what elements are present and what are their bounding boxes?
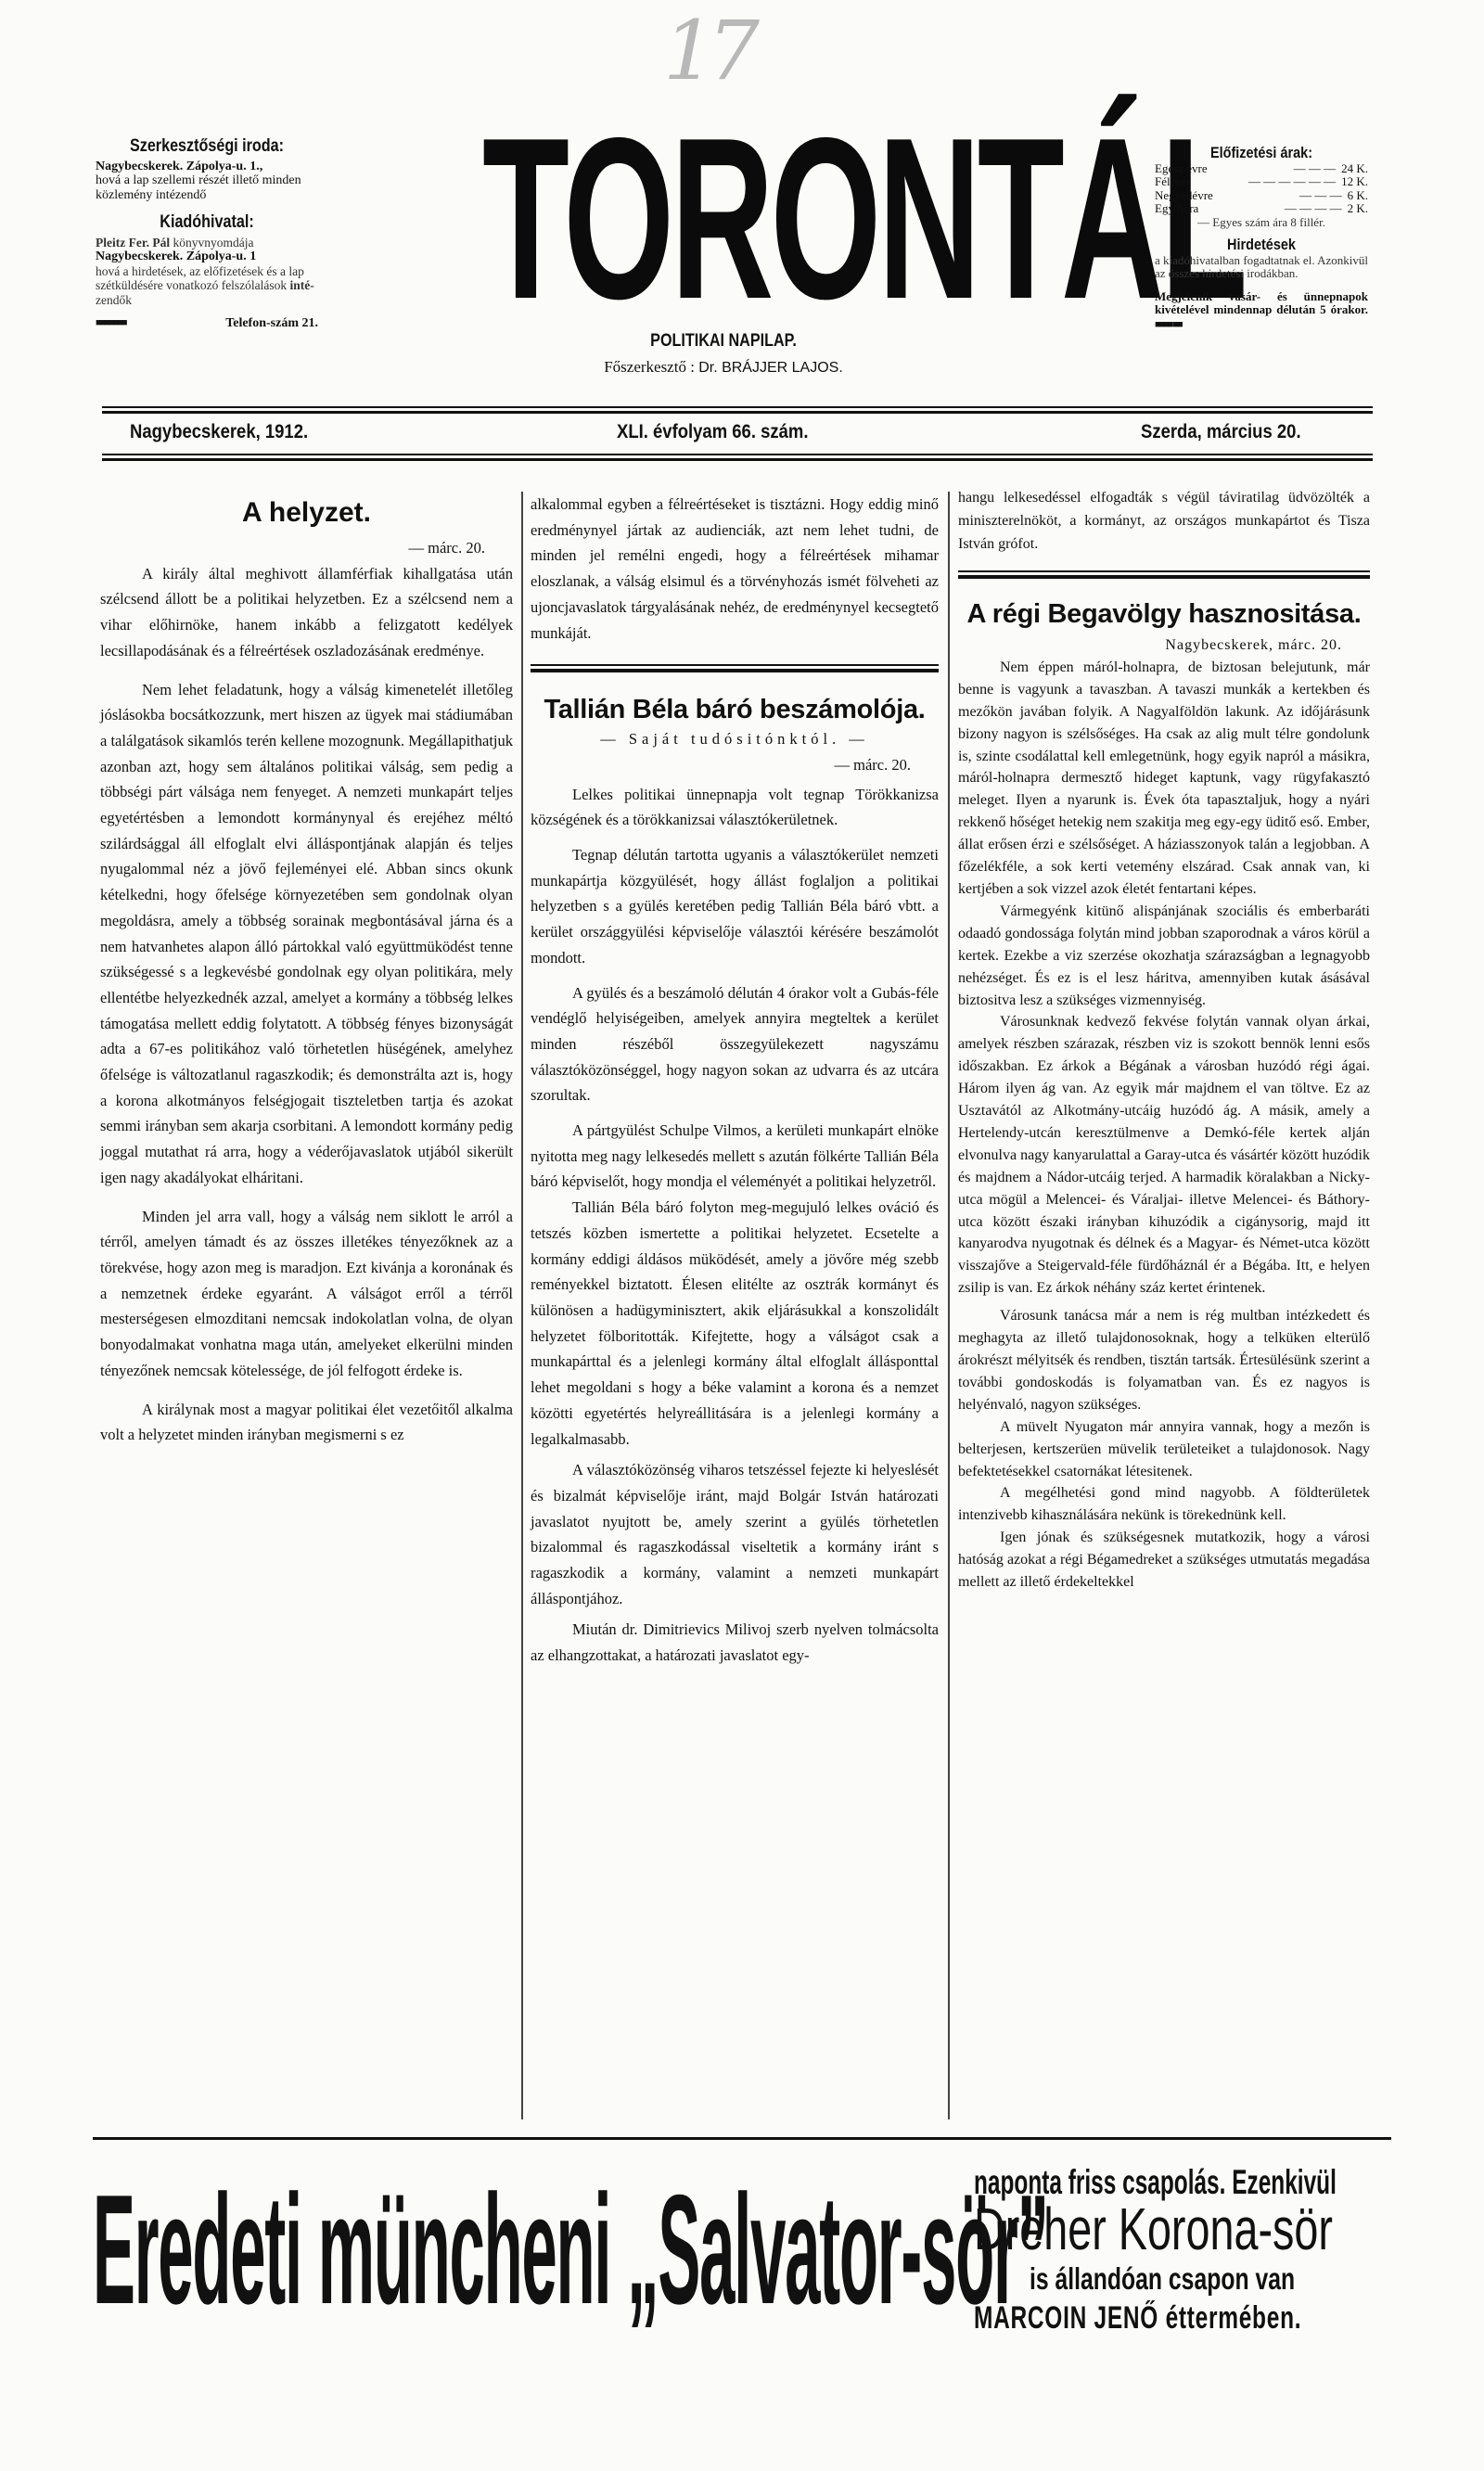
publication-note: Megjelenik vasár- és ünnepnapok kivételé…	[1155, 290, 1368, 332]
price-row: Egy hóra— — — —2 K.	[1155, 202, 1368, 216]
article-paragraph: Tegnap délután tartotta ugyanis a válasz…	[531, 842, 939, 971]
beer-advertisement: Eredeti müncheni „Salvator-sör” naponta …	[93, 2133, 1391, 2347]
editorial-office-box: Szerkesztőségi iroda: Nagybecskerek. Záp…	[96, 139, 318, 331]
column-2: alkalommal egyben a félreértéseket is ti…	[531, 492, 939, 1669]
article-paragraph: Városunknak kedvező fekvése folytán vann…	[958, 1011, 1370, 1300]
editor-line: Főszerkesztő : Dr. BRÁJJER LAJOS.	[492, 358, 955, 377]
article-headline: A régi Begavölgy hasznositása.	[958, 597, 1370, 631]
article-paragraph: A megélhetési gond mind nagyobb. A földt…	[958, 1482, 1370, 1527]
article-headline: Tallián Béla báró beszámolója.	[531, 693, 939, 726]
rule	[102, 411, 1373, 414]
ads-heading: Hirdetések	[1171, 238, 1352, 252]
article-paragraph: Nem lehet feladatunk, hogy a válság kime…	[100, 677, 513, 1191]
rule	[102, 458, 1373, 461]
article-paragraph: Nem éppen máról-holnapra, de biztosan be…	[958, 657, 1370, 901]
weekday-date: Szerda, március 20.	[1141, 415, 1301, 450]
publisher-heading: Kiadóhivatal:	[112, 215, 301, 230]
price-label: Félévre	[1155, 175, 1191, 189]
article-paragraph: A gyülés és a beszámoló délután 4 órakor…	[531, 980, 939, 1109]
article-date: — márc. 20.	[100, 535, 513, 561]
rule	[102, 454, 1373, 455]
single-copy-price: — Egyes szám ára 8 fillér.	[1155, 216, 1368, 230]
price-dashes: — — — — — —	[1191, 175, 1341, 189]
column-divider	[521, 492, 523, 2119]
publisher-note-end: zendők	[96, 293, 132, 307]
price-row: Egész évre— — —24 K.	[1155, 162, 1368, 176]
editorial-address: Nagybecskerek. Zápolya-u. 1.,	[96, 160, 318, 174]
column-divider	[948, 492, 950, 2119]
article-date: Nagybecskerek, márc. 20.	[958, 634, 1370, 657]
column-1: A helyzet. — márc. 20. A király által me…	[100, 487, 513, 1448]
article-continuation: hangu lelkesedéssel elfogadták s végül t…	[958, 486, 1370, 556]
price-value: 24 K.	[1341, 162, 1368, 176]
article-paragraph: Igen jónak és szükségesnek mutatkozik, h…	[958, 1527, 1370, 1594]
article-paragraph: A müvelt Nyugaton már annyira vannak, ho…	[958, 1416, 1370, 1483]
price-label: Negyedévre	[1155, 189, 1213, 203]
publisher-note-bold: inté-	[290, 278, 314, 292]
ornament-blocks: ■■■■■■■	[96, 316, 126, 331]
article-paragraph: A király által meghivott államférfiak ki…	[100, 561, 513, 664]
price-value: 2 K.	[1348, 202, 1368, 216]
article-continuation: alkalommal egyben a félreértéseket is ti…	[531, 492, 939, 646]
section-rule	[531, 664, 939, 672]
price-label: Egész évre	[1155, 162, 1208, 176]
publisher-name: Pleitz Fer. Pál	[96, 236, 170, 250]
publication-text: Megjelenik vasár- és ünnepnapok kivételé…	[1155, 289, 1368, 317]
editor-name: Dr. BRÁJJER LAJOS.	[698, 360, 843, 376]
article-paragraph: Miután dr. Dimitrievics Milivoj szerb ny…	[531, 1617, 939, 1668]
price-dashes: — — — —	[1198, 202, 1347, 216]
handwritten-page-number: 17	[663, 0, 719, 102]
volume-issue: XLI. évfolyam 66. szám.	[617, 415, 808, 450]
editor-label: Főszerkesztő :	[604, 358, 695, 376]
article-paragraph: Minden jel arra vall, hogy a válság nem …	[100, 1204, 513, 1384]
article-date: — márc. 20.	[531, 752, 939, 778]
article-paragraph: Tallián Béla báró folyton meg-megujuló l…	[531, 1195, 939, 1452]
article-paragraph: A pártgyülést Schulpe Vilmos, a kerületi…	[531, 1118, 939, 1195]
article-paragraph: A választóközönség viharos tetszéssel fe…	[531, 1457, 939, 1611]
ad-line-3: is állandóan csapon van	[1030, 2261, 1363, 2297]
ad-line-4: MARCOIN JENŐ éttermében.	[974, 2300, 1295, 2337]
article-byline: — Saját tudósitónktól. —	[531, 726, 939, 752]
article-paragraph: Városunk tanácsa már a nem is rég multba…	[958, 1305, 1370, 1416]
newspaper-subtitle: POLITIKAI NAPILAP.	[550, 331, 897, 352]
publisher-address: Nagybecskerek. Zápolya-u. 1	[96, 250, 318, 264]
price-dashes: — — —	[1213, 189, 1348, 203]
price-row: Negyedévre— — —6 K.	[1155, 189, 1368, 203]
section-rule	[958, 570, 1370, 579]
price-label: Egy hóra	[1155, 202, 1198, 216]
article-paragraph: Lelkes politikai ünnepnapja volt tegnap …	[531, 782, 939, 833]
ornament-blocks: ■■■■ ■■	[1155, 319, 1182, 330]
price-row: Félévre— — — — — —12 K.	[1155, 175, 1368, 189]
place-year: Nagybecskerek, 1912.	[130, 415, 308, 450]
editorial-note: hová a lap szellemi részét illető minden…	[96, 173, 318, 202]
price-dashes: — — —	[1208, 162, 1341, 176]
ad-line-2: Dreher Korona-sör	[974, 2192, 1298, 2266]
prices-heading: Előfizetési árak:	[1171, 147, 1352, 160]
ad-headline: Eredeti müncheni „Salvator-sör”	[93, 2170, 458, 2328]
column-3: hangu lelkesedéssel elfogadták s végül t…	[958, 486, 1370, 1594]
phone-number: Telefon-szám 21.	[225, 316, 318, 331]
dateline: Nagybecskerek, 1912. XLI. évfolyam 66. s…	[102, 415, 1373, 450]
publisher-name-rest: könyvnyomdája	[173, 236, 253, 250]
publisher-note: hová a hirdetések, az előfizetések és a …	[96, 264, 304, 293]
price-value: 6 K.	[1348, 189, 1368, 203]
price-value: 12 K.	[1341, 175, 1368, 189]
editorial-heading: Szerkesztőségi iroda:	[112, 139, 301, 154]
newspaper-title: TORONTÁL	[482, 116, 942, 320]
article-paragraph: Vármegyénk kitünő alispánjának szociális…	[958, 901, 1370, 1012]
article-headline: A helyzet.	[100, 496, 513, 530]
subscription-box: Előfizetési árak: Egész évre— — —24 K. F…	[1155, 147, 1368, 331]
ads-note: a kiadóhivatalban fogadtatnak el. Azonki…	[1155, 254, 1368, 281]
phone-line: ■■■■■■■ Telefon-szám 21.	[96, 316, 318, 331]
article-paragraph: A királynak most a magyar politikai élet…	[100, 1397, 513, 1448]
rule	[102, 406, 1373, 408]
